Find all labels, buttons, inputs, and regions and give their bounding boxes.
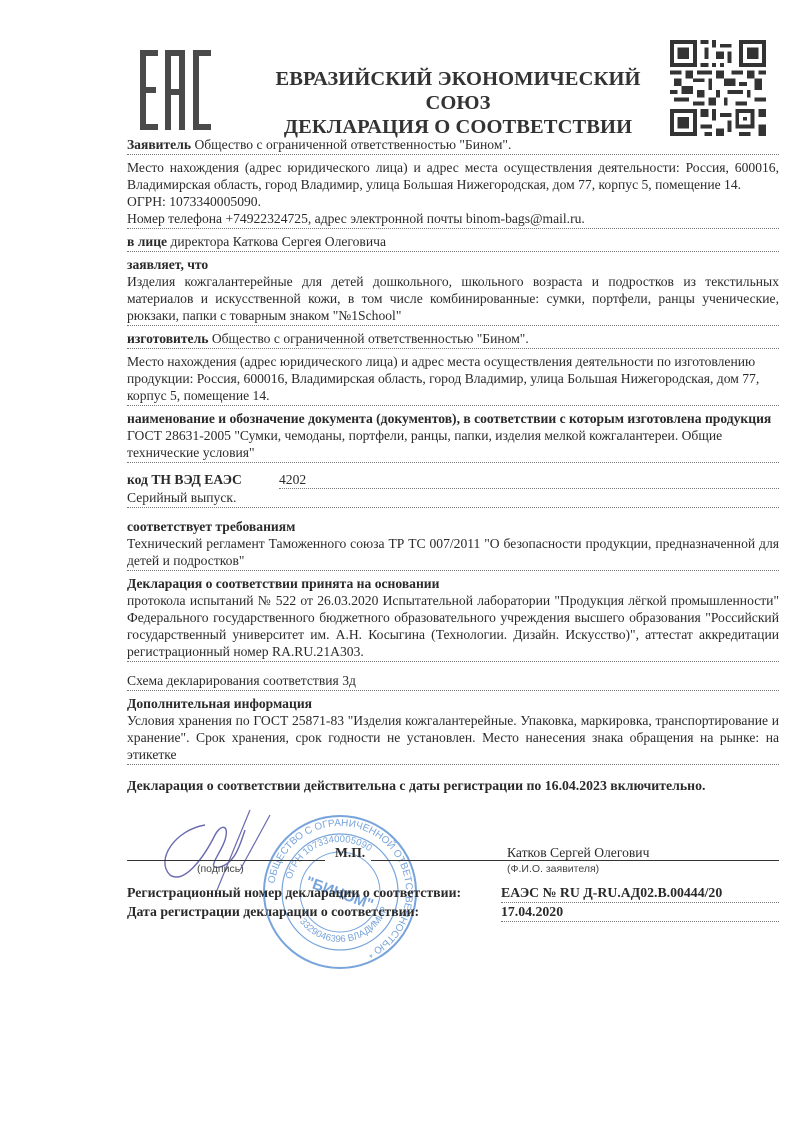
scheme-row: Схема декларирования соответствия 3д bbox=[127, 672, 779, 691]
signature-line bbox=[127, 860, 325, 861]
applicant-ogrn: ОГРН: 1073340005090. bbox=[127, 193, 779, 210]
requirements-row: соответствует требованиям Технический ре… bbox=[127, 518, 779, 571]
applicant-label: Заявитель bbox=[127, 137, 191, 152]
manufacturer-row: изготовитель Общество с ограниченной отв… bbox=[127, 330, 779, 349]
registration-number-row: Регистрационный номер декларации о соотв… bbox=[127, 884, 779, 903]
registration-number-value: ЕАЭС № RU Д-RU.АД02.В.00444/20 bbox=[501, 884, 779, 903]
registration-date-label: Дата регистрации декларации о соответств… bbox=[127, 903, 501, 922]
manufacturer-label: изготовитель bbox=[127, 331, 208, 346]
hs-code-value: 4202 bbox=[279, 471, 779, 489]
manufacturer-address: Место нахождения (адрес юридического лиц… bbox=[127, 353, 779, 404]
declaration-body: Заявитель Общество с ограниченной ответс… bbox=[127, 136, 779, 769]
validity-statement: Декларация о соответствии действительна … bbox=[127, 778, 779, 794]
standard-label: наименование и обозначение документа (до… bbox=[127, 410, 779, 427]
qr-code-icon bbox=[670, 40, 766, 136]
eac-logo-icon bbox=[140, 50, 212, 130]
additional-label: Дополнительная информация bbox=[127, 695, 779, 712]
hs-code-row: код ТН ВЭД ЕАЭС 4202 bbox=[127, 471, 779, 489]
additional-value: Условия хранения по ГОСТ 25871-83 "Издел… bbox=[127, 712, 779, 763]
hs-code-label: код ТН ВЭД ЕАЭС bbox=[127, 471, 279, 488]
applicant-details: Место нахождения (адрес юридического лиц… bbox=[127, 159, 779, 229]
manufacturer-address-row: Место нахождения (адрес юридического лиц… bbox=[127, 353, 779, 406]
release-type: Серийный выпуск. bbox=[127, 489, 779, 506]
declares-label: заявляет, что bbox=[127, 256, 779, 273]
registration-date-value: 17.04.2020 bbox=[501, 903, 779, 922]
manufacturer-name: Общество с ограниченной ответственностью… bbox=[212, 331, 529, 346]
applicant-address: Место нахождения (адрес юридического лиц… bbox=[127, 159, 779, 193]
represented-by: директора Каткова Сергея Олеговича bbox=[170, 234, 386, 249]
applicant-contacts: Номер телефона +74922324725, адрес элект… bbox=[127, 210, 779, 227]
applicant-full-name: Катков Сергей Олегович bbox=[507, 845, 649, 861]
requirements-label: соответствует требованиям bbox=[127, 518, 779, 535]
standard-row: наименование и обозначение документа (до… bbox=[127, 410, 779, 463]
applicant-row: Заявитель Общество с ограниченной ответс… bbox=[127, 136, 779, 155]
registration-number-label: Регистрационный номер декларации о соотв… bbox=[127, 884, 501, 903]
basis-value: протокола испытаний № 522 от 26.03.2020 … bbox=[127, 592, 779, 660]
document-title: ЕВРАЗИЙСКИЙ ЭКОНОМИЧЕСКИЙ СОЮЗ ДЕКЛАРАЦИ… bbox=[248, 67, 668, 139]
represented-label: в лице bbox=[127, 234, 167, 249]
release-row: Серийный выпуск. bbox=[127, 489, 779, 508]
registration-date-row: Дата регистрации декларации о соответств… bbox=[127, 903, 779, 922]
requirements-value: Технический регламент Таможенного союза … bbox=[127, 535, 779, 569]
name-caption: (Ф.И.О. заявителя) bbox=[507, 863, 599, 875]
title-union: ЕВРАЗИЙСКИЙ ЭКОНОМИЧЕСКИЙ СОЮЗ bbox=[248, 67, 668, 115]
product-description: Изделия кожгалантерейные для детей дошко… bbox=[127, 273, 779, 324]
applicant-name: Общество с ограниченной ответственностью… bbox=[194, 137, 511, 152]
basis-row: Декларация о соответствии принята на осн… bbox=[127, 575, 779, 662]
represented-row: в лице директора Каткова Сергея Олегович… bbox=[127, 233, 779, 252]
standard-value: ГОСТ 28631-2005 "Сумки, чемоданы, портфе… bbox=[127, 427, 779, 461]
additional-row: Дополнительная информация Условия хранен… bbox=[127, 695, 779, 765]
signature-caption: (подпись) bbox=[197, 863, 244, 875]
registration-block: Регистрационный номер декларации о соотв… bbox=[127, 884, 779, 922]
seal-place-label: М.П. bbox=[335, 845, 365, 861]
declaration-page: ЕВРАЗИЙСКИЙ ЭКОНОМИЧЕСКИЙ СОЮЗ ДЕКЛАРАЦИ… bbox=[0, 0, 800, 1130]
scheme-value: Схема декларирования соответствия 3д bbox=[127, 672, 779, 689]
declares-row: заявляет, что Изделия кожгалантерейные д… bbox=[127, 256, 779, 326]
basis-label: Декларация о соответствии принята на осн… bbox=[127, 575, 779, 592]
